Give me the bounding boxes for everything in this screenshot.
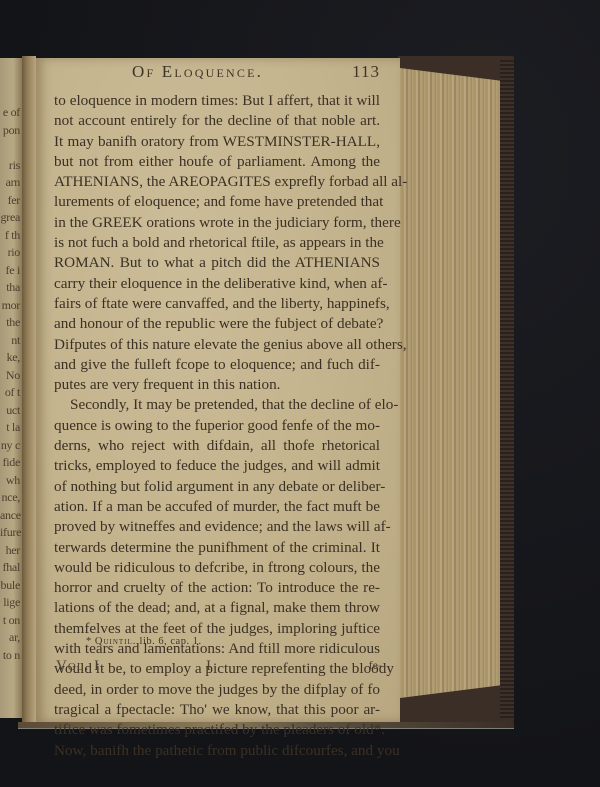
text-line: tricks, employed to feduce the judges, a… — [54, 456, 380, 476]
previous-page-fragment: ris — [0, 157, 20, 175]
signature-mark: I — [206, 658, 211, 675]
previous-page-fragment: ke, — [0, 349, 20, 367]
page-number: 113 — [352, 62, 380, 82]
previous-page-fragment: fide — [0, 454, 20, 472]
leather-cover-edge — [500, 60, 514, 718]
previous-page-fragment: fe i — [0, 262, 20, 280]
previous-page-fragment — [0, 139, 20, 157]
text-line: and give the fulleft fcope to eloquence;… — [54, 355, 380, 375]
volume-label: Vol. I. — [56, 658, 105, 675]
previous-page-fragment: nt — [0, 332, 20, 350]
previous-page-fragment: grea — [0, 209, 20, 227]
book-gutter — [22, 56, 36, 722]
footnote-marker: * — [86, 636, 92, 647]
previous-page-fragment: bule — [0, 577, 20, 595]
previous-page-fragment: ifure — [0, 524, 20, 542]
signature-line: Vol. I. I fe- — [56, 658, 382, 678]
book-page: Of Eloquence. 113 to eloquence in modern… — [36, 58, 400, 722]
text-line: carry their eloquence in the deliberativ… — [54, 274, 380, 294]
text-line: lations of the dead; and, at a fignal, m… — [54, 598, 380, 618]
previous-page-fragment: e of — [0, 104, 20, 122]
previous-page-fragment: t on — [0, 612, 20, 630]
text-line: to eloquence in modern times: But I affe… — [54, 91, 380, 111]
text-line: Now, banifh the pathetic from public dif… — [54, 741, 380, 761]
text-line: tragical a fpectacle: Tho' we know, that… — [54, 700, 380, 720]
text-line: derns, who reject with difdain, all thof… — [54, 436, 380, 456]
text-line: not account entirely for the decline of … — [54, 111, 380, 131]
text-line: is not fuch a bold and rhetorical ftile,… — [54, 233, 380, 253]
previous-page-fragment: pon — [0, 122, 20, 140]
text-line: Secondly, It may be pretended, that the … — [54, 395, 380, 415]
previous-page-fragment: fer — [0, 192, 20, 210]
previous-page-fragment: arn — [0, 174, 20, 192]
text-line: fairs of ftate were canvaffed, and the l… — [54, 294, 380, 314]
previous-page-fragment: uct — [0, 402, 20, 420]
previous-page-fragment: to n — [0, 647, 20, 665]
previous-page-fragment: of t — [0, 384, 20, 402]
text-line: Difputes of this nature elevate the geni… — [54, 335, 380, 355]
footnote: * Quintil. lib. 6, cap. 1. — [86, 636, 202, 647]
previous-page-fragment: nce, — [0, 489, 20, 507]
previous-page-fragment: mor — [0, 297, 20, 315]
catchword: fe- — [369, 658, 382, 673]
text-line: in the GREEK orations wrote in the judic… — [54, 213, 380, 233]
text-line: ROMAN. But to what a pitch did the ATHEN… — [54, 253, 380, 273]
previous-page-fragment: f th — [0, 227, 20, 245]
previous-page-fragment: rio — [0, 244, 20, 262]
previous-page-fragment: No — [0, 367, 20, 385]
previous-page-fragment: her — [0, 542, 20, 560]
previous-page-fragment: tha — [0, 279, 20, 297]
running-head: Of Eloquence. 113 — [36, 62, 400, 84]
previous-page-fragment: wh — [0, 472, 20, 490]
running-head-title: Of Eloquence. — [132, 62, 263, 82]
text-line: and honour of the republic were the fubj… — [54, 314, 380, 334]
previous-page-fragment: ny c — [0, 437, 20, 455]
text-line: deed, in order to move the judges by the… — [54, 680, 380, 700]
text-line: terwards determine the punifhment of the… — [54, 538, 380, 558]
previous-page-fragment: ar, — [0, 629, 20, 647]
previous-page-fragment: t la — [0, 419, 20, 437]
text-line: horror and cruelty of the action: To int… — [54, 578, 380, 598]
text-line: tifice was fometimes practifed by the pl… — [54, 720, 380, 740]
previous-page-fragment: fhal — [0, 559, 20, 577]
text-line: It may banifh oratory from WESTMINSTER-H… — [54, 132, 380, 152]
previous-page-fragment: ance — [0, 507, 20, 525]
previous-page-fragments: e ofpon risarnfergreaf thriofe ithamorth… — [0, 58, 22, 664]
text-line: ation. If a man be accufed of murder, th… — [54, 497, 380, 517]
text-line: quence is owing to the fuperior good fen… — [54, 416, 380, 436]
previous-page-fragment: lige — [0, 594, 20, 612]
previous-page-edge: e ofpon risarnfergreaf thriofe ithamorth… — [0, 58, 22, 718]
text-line: would be ridiculous to defcribe, in ftro… — [54, 558, 380, 578]
text-line: putes are very frequent in this nation. — [54, 375, 380, 395]
text-line: lurements of eloquence; and fome have pr… — [54, 192, 380, 212]
text-line: ATHENIANS, the AREOPAGITES exprefly forb… — [54, 172, 380, 192]
text-line: proved by witneffes and evidence; and th… — [54, 517, 380, 537]
page-block-fore-edge — [400, 68, 500, 698]
footnote-author: Quintil. — [95, 636, 137, 647]
previous-page-fragment: the — [0, 314, 20, 332]
footnote-reference: lib. 6, cap. 1. — [140, 636, 202, 647]
text-line: of nothing but folid argument in any deb… — [54, 477, 380, 497]
text-line: but not from either houfe of parliament.… — [54, 152, 380, 172]
